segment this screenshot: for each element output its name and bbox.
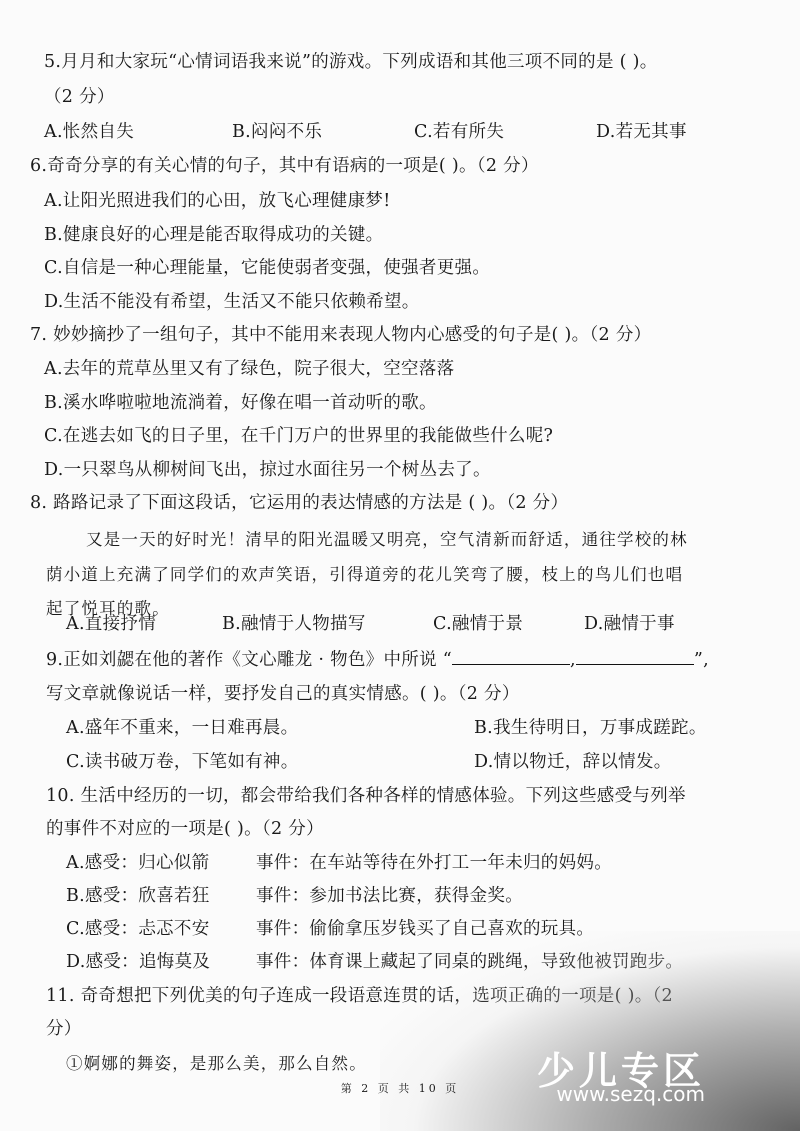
q8-passage-line-2: 荫小道上充满了同学们的欢声笑语，引得道旁的花儿笑弯了腰，枝上的鸟儿们也唱 — [46, 561, 683, 585]
q5-score: （2 分） — [44, 83, 115, 108]
q7-option-d: D.一只翠鸟从柳树间飞出，掠过水面往另一个树丛去了。 — [44, 456, 491, 481]
q5-option-a: A.怅然自失 — [44, 118, 134, 143]
q6-option-b: B.健康良好的心理是能否取得成功的关键。 — [44, 221, 383, 246]
q6-stem: 6.奇奇分享的有关心情的句子，其中有语病的一项是( )。（2 分） — [30, 152, 539, 177]
q9-stem-suffix: ”, — [694, 650, 709, 670]
q10-option-c-feeling: C.感受：忐忑不安 — [66, 915, 210, 940]
q9-blank-2 — [576, 650, 694, 665]
q7-option-c: C.在逃去如飞的日子里，在千门万户的世界里的我能做些什么呢? — [44, 422, 553, 447]
q8-option-d: D.融情于事 — [584, 610, 675, 635]
q8-option-b: B.融情于人物描写 — [222, 610, 366, 635]
q10-option-a-event: 事件：在车站等待在外打工一年未归的妈妈。 — [256, 849, 612, 874]
q8-option-c: C.融情于景 — [433, 610, 523, 635]
q10-stem-line-1: 10. 生活中经历的一切，都会带给我们各种各样的情感体验。下列这些感受与列举 — [46, 782, 686, 807]
q10-option-a-feeling: A.感受：归心似箭 — [66, 849, 209, 874]
q5-stem: 5.月月和大家玩“心情词语我来说”的游戏。下列成语和其他三项不同的是 ( )。 — [44, 48, 658, 73]
q9-option-d: D.情以物迁，辞以情发。 — [474, 748, 672, 773]
q6-option-a: A.让阳光照进我们的心田，放飞心理健康梦! — [44, 187, 391, 212]
q5-option-d: D.若无其事 — [596, 118, 687, 143]
q10-option-d-feeling: D.感受：追悔莫及 — [66, 948, 210, 973]
q5-option-c: C.若有所失 — [414, 118, 504, 143]
q6-option-c: C.自信是一种心理能量，它能使弱者变强，使强者更强。 — [44, 254, 490, 279]
q9-stem-line-1: 9.正如刘勰在他的著作《文心雕龙 · 物色》中所说 “,”, — [46, 646, 709, 671]
q10-option-b-event: 事件：参加书法比赛，获得金奖。 — [256, 882, 523, 907]
q7-option-a: A.去年的荒草丛里又有了绿色，院子很大，空空落落 — [44, 355, 454, 380]
q10-stem-line-2: 的事件不对应的一项是( )。（2 分） — [46, 815, 324, 840]
q8-option-a: A.直接抒情 — [66, 610, 156, 635]
q10-option-b-feeling: B.感受：欣喜若狂 — [66, 882, 210, 907]
q8-stem: 8. 路路记录了下面这段话，它运用的表达情感的方法是 ( )。（2 分） — [30, 489, 568, 514]
q7-option-b: B.溪水哗啦啦地流淌着，好像在唱一首动听的歌。 — [44, 389, 437, 414]
q9-stem-prefix: 9.正如刘勰在他的著作《文心雕龙 · 物色》中所说 “ — [46, 650, 452, 670]
q9-option-a: A.盛年不重来，一日难再晨。 — [66, 714, 298, 739]
q9-blank-1 — [452, 650, 570, 665]
page-number: 第 2 页 共 10 页 — [0, 1080, 800, 1096]
q6-option-d: D.生活不能没有希望，生活又不能只依赖希望。 — [44, 288, 420, 313]
q9-option-c: C.读书破万卷，下笔如有神。 — [66, 748, 299, 773]
q9-option-b: B.我生待明日，万事成蹉跎。 — [474, 714, 707, 739]
q7-stem: 7. 妙妙摘抄了一组句子，其中不能用来表现人物内心感受的句子是( )。（2 分） — [30, 321, 651, 346]
q9-stem-line-2: 写文章就像说话一样，要抒发自己的真实情感。( )。（2 分） — [46, 680, 520, 705]
q11-item-1: ①婀娜的舞姿，是那么美，那么自然。 — [66, 1050, 367, 1074]
q5-option-b: B.闷闷不乐 — [232, 118, 322, 143]
q11-stem-line-2: 分） — [46, 1015, 82, 1040]
q8-passage-line-1: 又是一天的好时光！清早的阳光温暖又明亮，空气清新而舒适，通往学校的林 — [86, 526, 688, 550]
exam-page: 5.月月和大家玩“心情词语我来说”的游戏。下列成语和其他三项不同的是 ( )。 … — [0, 0, 800, 1131]
